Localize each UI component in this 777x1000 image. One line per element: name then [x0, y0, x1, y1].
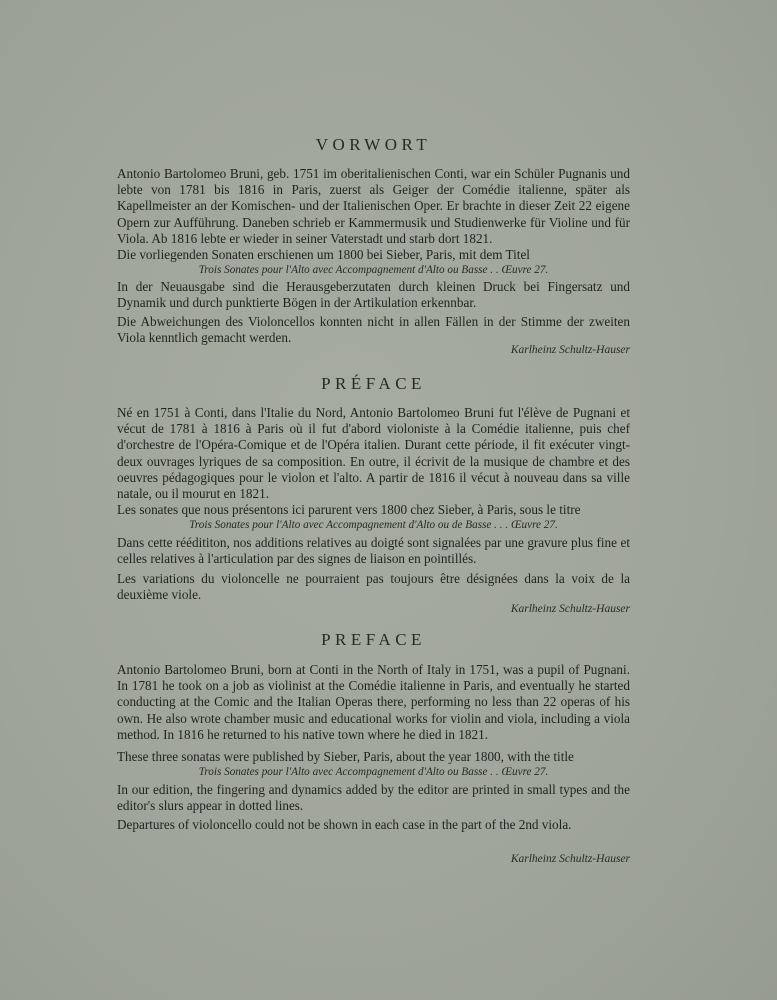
- german-work-title: Trois Sonates pour l'Alto avec Accompagn…: [117, 264, 630, 276]
- heading-preface-french: PRÉFACE: [117, 374, 630, 394]
- french-paragraph-edition: Dans cette réédititon, nos additions rel…: [117, 535, 630, 567]
- english-paragraph-publication: These three sonatas were published by Si…: [117, 749, 630, 765]
- german-paragraph-biography: Antonio Bartolomeo Bruni, geb. 1751 im o…: [117, 166, 630, 247]
- english-paragraph-departures: Departures of violoncello could not be s…: [117, 817, 630, 833]
- english-paragraph-biography: Antonio Bartolomeo Bruni, born at Conti …: [117, 662, 630, 743]
- french-paragraph-biography: Né en 1751 à Conti, dans l'Italie du Nor…: [117, 405, 630, 502]
- english-work-title: Trois Sonates pour l'Alto avec Accompagn…: [117, 766, 630, 778]
- heading-preface-english: PREFACE: [117, 630, 630, 650]
- english-signature: Karlheinz Schultz-Hauser: [511, 853, 630, 865]
- german-paragraph-departures: Die Abweichungen des Violoncellos konnte…: [117, 314, 630, 346]
- german-paragraph-edition: In der Neuausgabe sind die Herausgeberzu…: [117, 279, 630, 311]
- german-paragraph-publication: Die vorliegenden Sonaten erschienen um 1…: [117, 247, 630, 263]
- french-signature: Karlheinz Schultz-Hauser: [511, 603, 630, 615]
- french-paragraph-publication: Les sonates que nous présentons ici paru…: [117, 502, 630, 518]
- french-paragraph-departures: Les variations du violoncelle ne pourrai…: [117, 571, 630, 603]
- heading-vorwort: VORWORT: [117, 135, 630, 155]
- english-paragraph-edition: In our edition, the fingering and dynami…: [117, 782, 630, 814]
- german-signature: Karlheinz Schultz-Hauser: [511, 344, 630, 356]
- french-work-title: Trois Sonates pour l'Alto avec Accompagn…: [117, 519, 630, 531]
